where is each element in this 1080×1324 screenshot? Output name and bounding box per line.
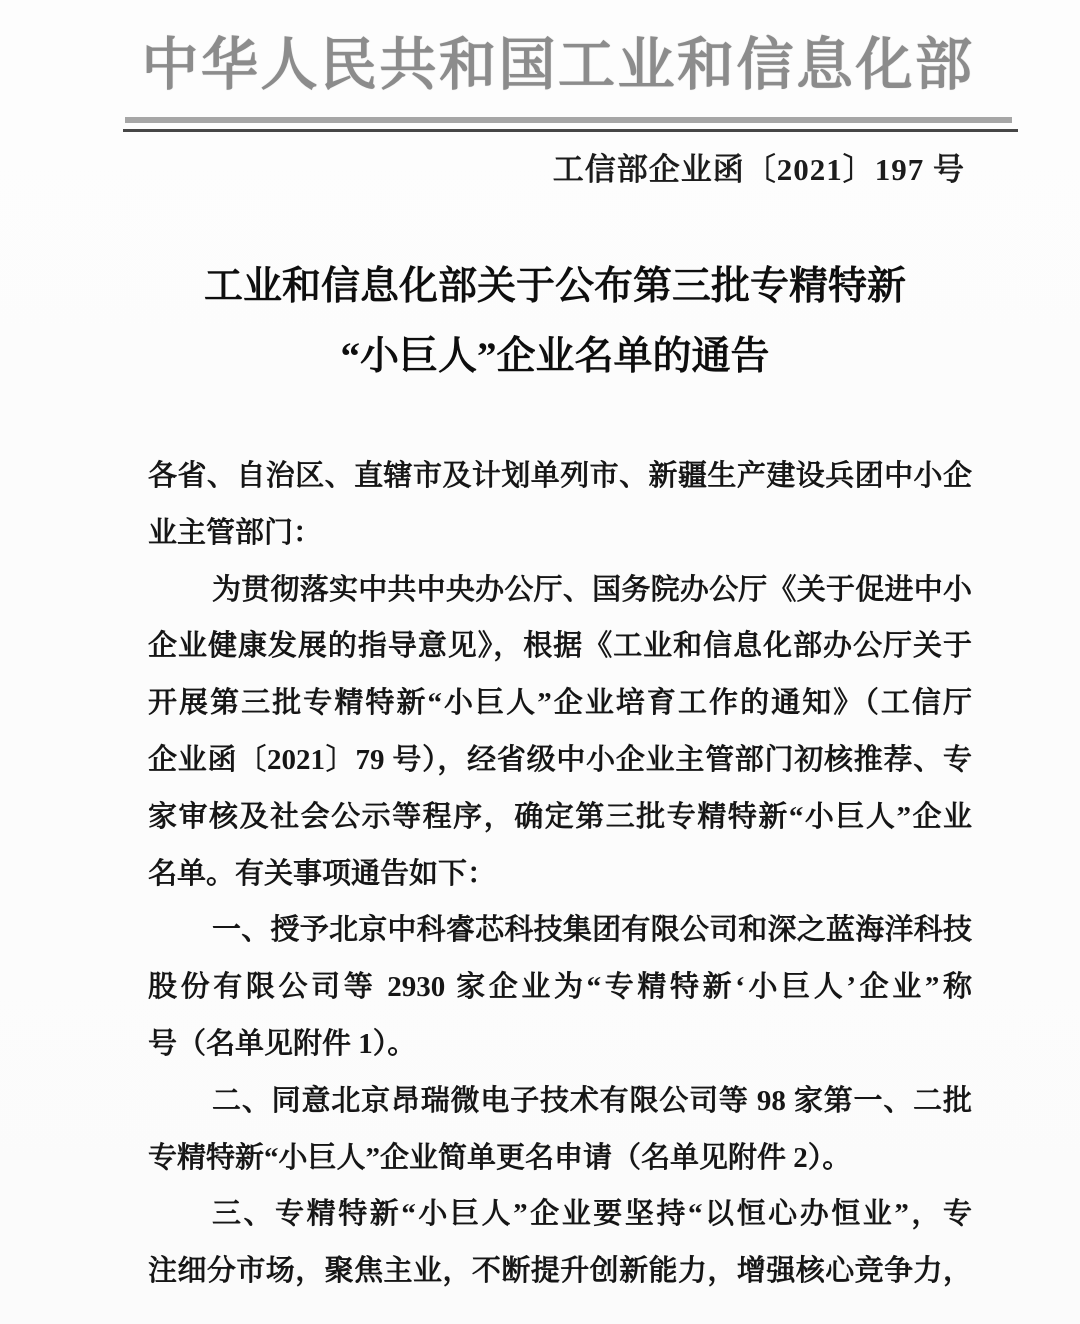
body-text-line: 各省、自治区、直辖市及计划单列市、新疆生产建设兵团中小企: [148, 448, 972, 505]
document-body: 各省、自治区、直辖市及计划单列市、新疆生产建设兵团中小企业主管部门：为贯彻落实中…: [148, 448, 972, 1300]
body-text-line: 二、同意北京昂瑞微电子技术有限公司等 98 家第一、二批: [148, 1073, 972, 1130]
body-text-line: 注细分市场，聚焦主业，不断提升创新能力，增强核心竞争力，: [148, 1243, 972, 1300]
document-title: 工业和信息化部关于公布第三批专精特新 “小巨人”企业名单的通告: [141, 252, 969, 392]
document-title-line-1: 工业和信息化部关于公布第三批专精特新: [141, 252, 969, 322]
scanned-document-page: 中华人民共和国工业和信息化部 工信部企业函〔2021〕197 号 工业和信息化部…: [0, 0, 1080, 1324]
body-text-line: 三、专精特新“小巨人”企业要坚持“以恒心办恒业”，专: [148, 1186, 972, 1243]
document-title-line-2: “小巨人”企业名单的通告: [141, 322, 969, 392]
body-text-line: 号（名单见附件 1）。: [148, 1016, 972, 1073]
body-text-line: 为贯彻落实中共中央办公厅、国务院办公厅《关于促进中小: [148, 562, 972, 619]
body-text-line: 企业函〔2021〕79 号），经省级中小企业主管部门初核推荐、专: [148, 732, 972, 789]
body-text-line: 业主管部门：: [148, 505, 972, 562]
body-text-line: 一、授予北京中科睿芯科技集团有限公司和深之蓝海洋科技: [148, 902, 972, 959]
ministry-masthead: 中华人民共和国工业和信息化部: [0, 30, 1080, 102]
body-text-line: 企业健康发展的指导意见》，根据《工业和信息化部办公厅关于: [148, 618, 972, 675]
body-text-line: 开展第三批专精特新“小巨人”企业培育工作的通知》（工信厅: [148, 675, 972, 732]
body-text-line: 家审核及社会公示等程序，确定第三批专精特新“小巨人”企业: [148, 789, 972, 846]
body-text-line: 名单。有关事项通告如下：: [148, 846, 972, 903]
body-text-line: 专精特新“小巨人”企业简单更名申请（名单见附件 2）。: [148, 1130, 972, 1187]
body-text-line: 股份有限公司等 2930 家企业为“专精特新‘小巨人’企业”称: [148, 959, 972, 1016]
document-number: 工信部企业函〔2021〕197 号: [553, 150, 965, 190]
header-rule-thick: [125, 117, 1012, 123]
header-rule-thin: [123, 129, 1018, 132]
